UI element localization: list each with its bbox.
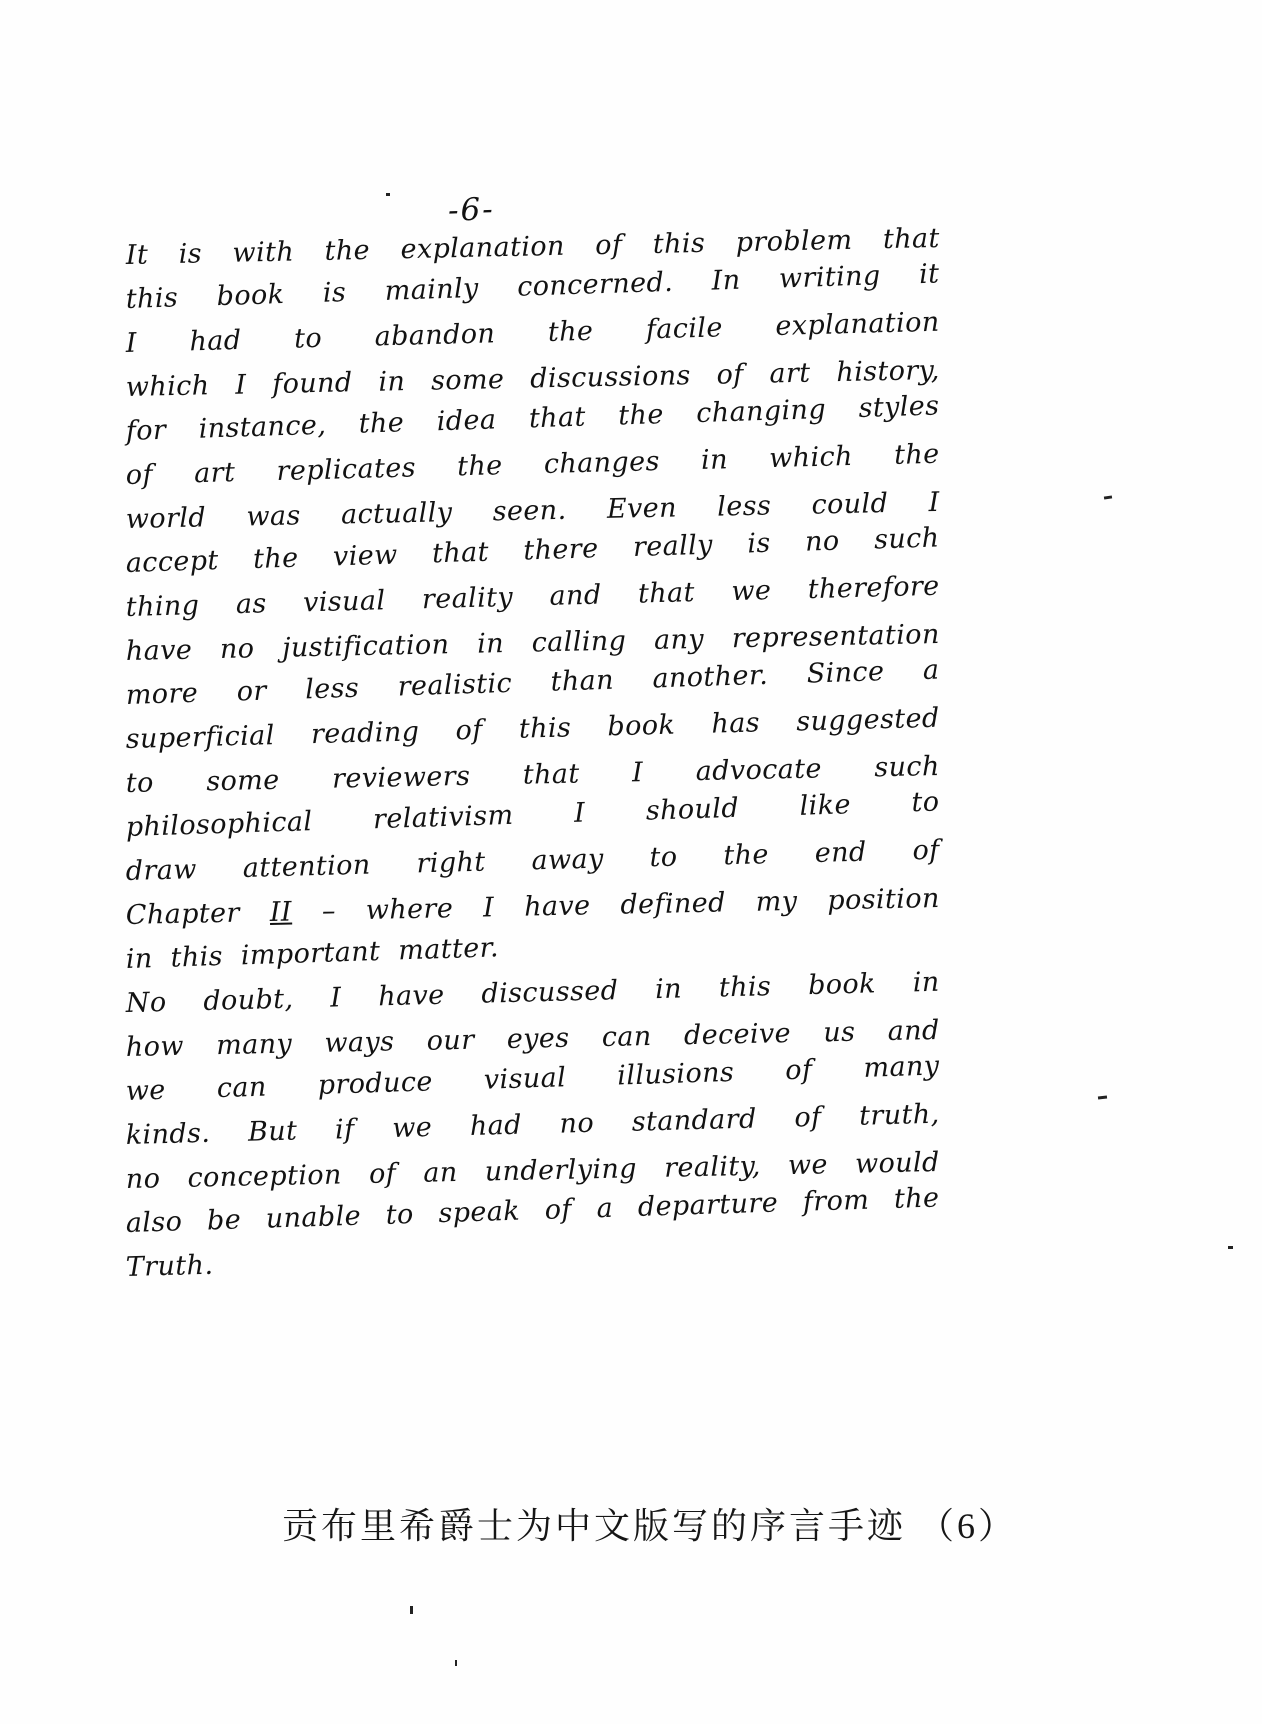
scan-speck: [386, 193, 390, 196]
chapter-numeral: II: [269, 897, 292, 928]
handwritten-preface: It is with the explanation of this probl…: [126, 240, 940, 1296]
scanned-page: -6- It is with the explanation of this p…: [0, 0, 1262, 1724]
scan-speck: [1098, 1096, 1107, 1100]
scan-speck: [455, 1660, 457, 1666]
page-number: -6-: [447, 191, 495, 229]
caption-chinese: 贡布里希爵士为中文版写的序言手迹 （6）: [282, 1498, 1017, 1549]
scan-speck: [410, 1606, 413, 1614]
scan-speck: [1228, 1246, 1233, 1249]
scan-speck: [1104, 495, 1112, 499]
chapter-word: Chapter: [126, 898, 241, 931]
